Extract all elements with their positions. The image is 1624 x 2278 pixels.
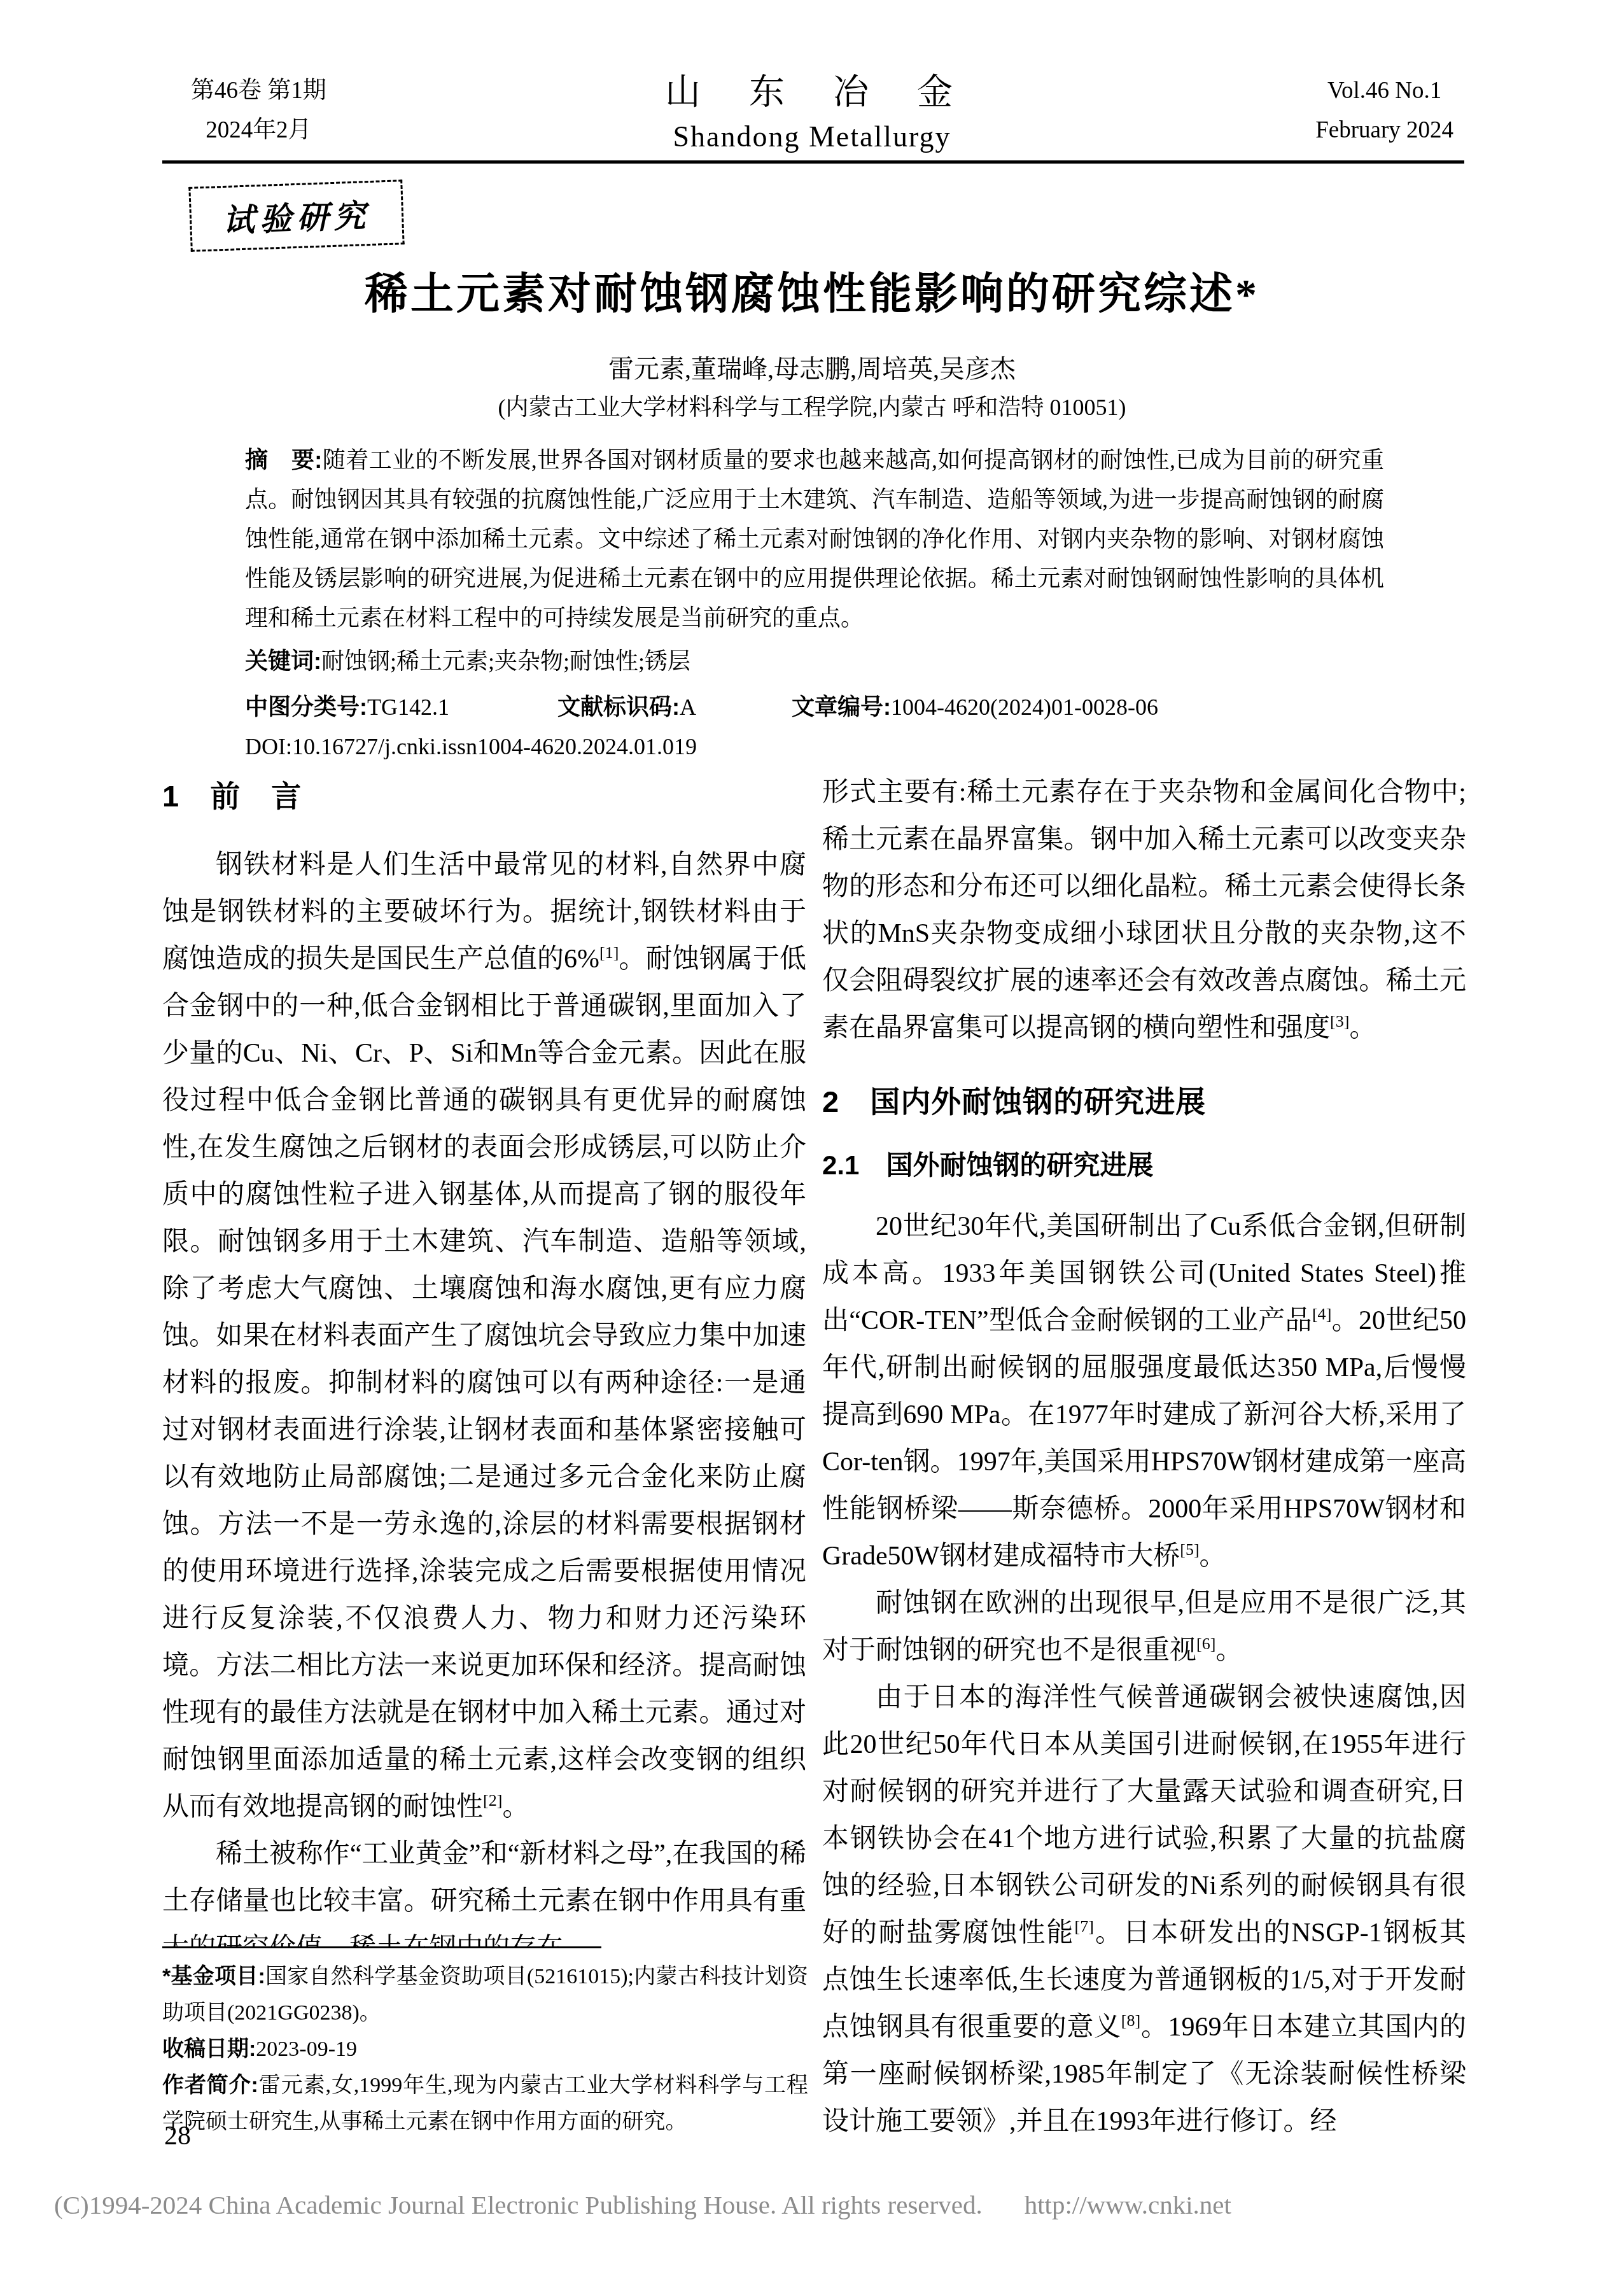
keywords-label: 关键词:: [245, 648, 321, 674]
doi-line: DOI:10.16727/j.cnki.issn1004-4620.2024.0…: [245, 727, 1384, 766]
date-en: February 2024: [1315, 111, 1453, 150]
received-value: 2023-09-19: [256, 2037, 357, 2061]
doccode-value: A: [680, 694, 696, 720]
header-rule: [162, 160, 1464, 164]
doccode-label: 文献标识码:: [557, 694, 680, 720]
clc-value: TG142.1: [367, 694, 449, 720]
left-column: 1 前 言 钢铁材料是人们生活中最常见的材料,自然界中腐蚀是钢铁材料的主要破坏行…: [162, 769, 806, 1948]
clc-label: 中图分类号:: [245, 694, 367, 720]
articleid-value: 1004-4620(2024)01-0028-06: [891, 694, 1158, 720]
author-bio-note: 作者简介:雷元素,女,1999年生,现为内蒙古工业大学材料科学与工程学院硕士研究…: [162, 2067, 808, 2140]
author-bio-text: 雷元素,女,1999年生,现为内蒙古工业大学材料科学与工程学院硕士研究生,从事稀…: [162, 2074, 808, 2134]
meta-line: 中图分类号:TG142.1 文献标识码:A 文章编号:1004-4620(202…: [245, 687, 1384, 727]
section-2-1-heading: 2.1 国外耐蚀钢的研究进展: [822, 1142, 1466, 1189]
affiliation-line: (内蒙古工业大学材料科学与工程学院,内蒙古 呼和浩特 010051): [0, 390, 1624, 422]
section-1-heading: 1 前 言: [162, 773, 806, 820]
section-2-heading: 2 国内外耐蚀钢的研究进展: [822, 1078, 1466, 1125]
abstract-paragraph: 摘 要:随着工业的不断发展,世界各国对钢材质量的要求也越来越高,如何提高钢材的耐…: [245, 440, 1384, 638]
header-volume-en: Vol.46 No.1 February 2024: [1315, 71, 1453, 150]
fund-label: *基金项目:: [162, 1964, 265, 1988]
keywords-text: 耐蚀钢;稀土元素;夹杂物;耐蚀性;锈层: [321, 649, 690, 674]
articleid-segment: 文章编号:1004-4620(2024)01-0028-06: [792, 687, 1158, 727]
continuation-paragraph: 形式主要有:稀土元素存在于夹杂物和金属间化合物中;稀土元素在晶界富集。钢中加入稀…: [822, 769, 1466, 1051]
page-number: 28: [164, 2121, 191, 2151]
cnki-footer: (C)1994-2024 China Academic Journal Elec…: [54, 2190, 1231, 2220]
abstract-label: 摘 要:: [245, 447, 322, 473]
copyright-text: (C)1994-2024 China Academic Journal Elec…: [54, 2190, 983, 2219]
section-2-1-paragraph-3: 由于日本的海洋性气候普通碳钢会被快速腐蚀,因此20世纪50年代日本从美国引进耐候…: [822, 1674, 1466, 2145]
authors-line: 雷元素,董瑞峰,母志鹏,周培英,吴彦杰: [0, 349, 1624, 385]
column-badge: 试验研究: [188, 179, 404, 252]
section-2-1-paragraph-1: 20世纪30年代,美国研制出了Cu系低合金钢,但研制成本高。1933年美国钢铁公…: [822, 1203, 1466, 1580]
journal-page: 第46卷 第1期 2024年2月 山 东 冶 金 Shandong Metall…: [0, 0, 1624, 2278]
clc-segment: 中图分类号:TG142.1: [245, 687, 449, 727]
right-column: 形式主要有:稀土元素存在于夹杂物和金属间化合物中;稀土元素在晶界富集。钢中加入稀…: [822, 769, 1466, 2169]
footnote-rule: [162, 1946, 601, 1948]
articleid-label: 文章编号:: [792, 694, 891, 720]
article-title: 稀土元素对耐蚀钢腐蚀性能影响的研究综述*: [0, 260, 1624, 321]
section-1-paragraph-2: 稀土被称作“工业黄金”和“新材料之母”,在我国的稀土存储量也比较丰富。研究稀土元…: [162, 1831, 806, 1948]
received-label: 收稿日期:: [162, 2037, 256, 2061]
volume-issue-en: Vol.46 No.1: [1315, 71, 1453, 111]
footnote-block: *基金项目:国家自然科学基金资助项目(52161015);内蒙古科技计划资助项目…: [162, 1946, 808, 2140]
received-note: 收稿日期:2023-09-19: [162, 2031, 808, 2067]
cnki-url: http://www.cnki.net: [1025, 2190, 1231, 2219]
frontmatter: 摘 要:随着工业的不断发展,世界各国对钢材质量的要求也越来越高,如何提高钢材的耐…: [245, 440, 1384, 766]
abstract-text: 随着工业的不断发展,世界各国对钢材质量的要求也越来越高,如何提高钢材的耐蚀性,已…: [245, 447, 1384, 631]
doccode-segment: 文献标识码:A: [557, 687, 696, 727]
fund-note: *基金项目:国家自然科学基金资助项目(52161015);内蒙古科技计划资助项目…: [162, 1958, 808, 2031]
section-2-1-paragraph-2: 耐蚀钢在欧洲的出现很早,但是应用不是很广泛,其对于耐蚀钢的研究也不是很重视[6]…: [822, 1580, 1466, 1674]
section-1-paragraph-1: 钢铁材料是人们生活中最常见的材料,自然界中腐蚀是钢铁材料的主要破坏行为。据统计,…: [162, 841, 806, 1831]
column-badge-label: 试验研究: [222, 190, 371, 241]
keywords-line: 关键词:耐蚀钢;稀土元素;夹杂物;耐蚀性;锈层: [245, 642, 1384, 681]
author-bio-label: 作者简介:: [162, 2073, 258, 2097]
